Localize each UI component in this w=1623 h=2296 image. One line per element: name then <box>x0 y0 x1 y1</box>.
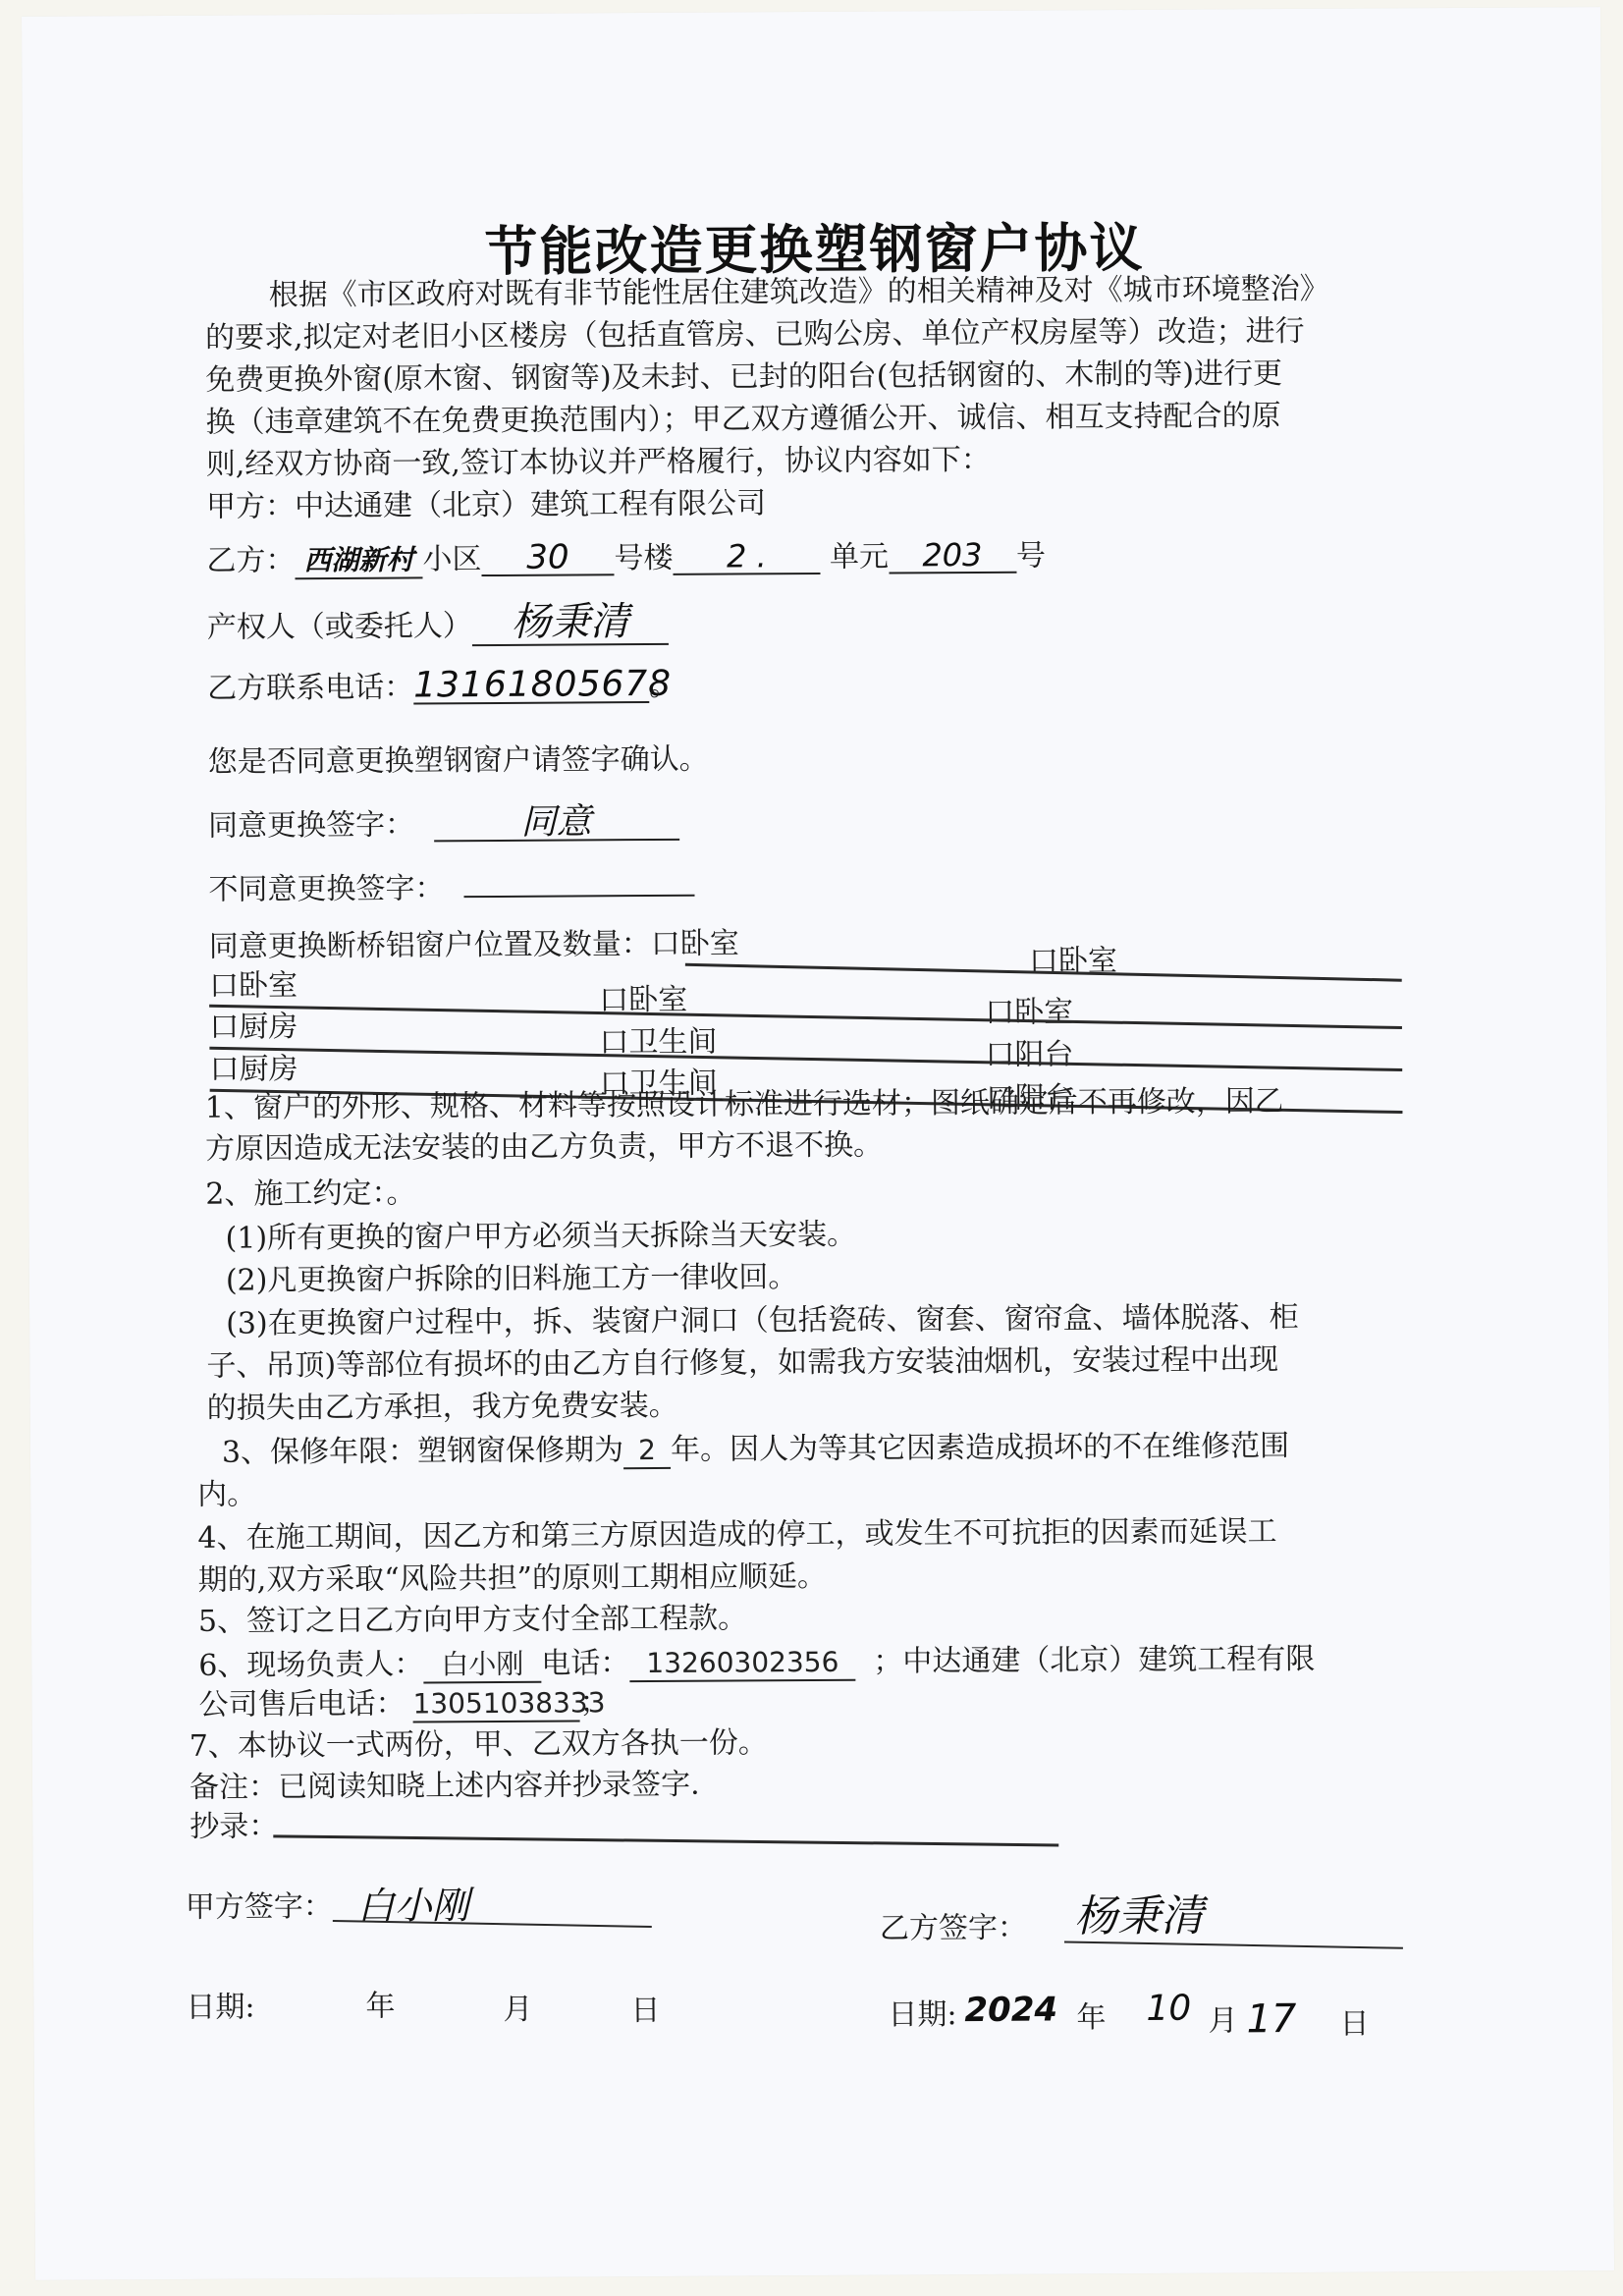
disagree-signature[interactable] <box>463 867 694 898</box>
windows-label-row: 同意更换断桥铝窗户位置及数量：口卧室 <box>209 923 739 966</box>
clause-2-item-3-line-3: 的损失由乙方承担，我方免费安装。 <box>207 1386 678 1429</box>
party-a-label: 甲方： <box>206 489 295 524</box>
owner-label: 产权人（或委托人） <box>207 609 472 645</box>
windows-label: 同意更换断桥铝窗户位置及数量： <box>209 927 651 964</box>
window-option[interactable]: 口卧室 <box>209 965 298 1007</box>
intro-line-4: 换（违章建筑不在免费更换范围内）；甲乙双方遵循公开、诚信、相互支持配合的原 <box>205 396 1280 443</box>
clause-3-line-2: 内。 <box>197 1474 256 1514</box>
agree-row: 同意更换签字： 同意 <box>208 803 679 847</box>
window-option[interactable]: 口阳台 <box>985 1034 1073 1075</box>
party-b-sign-line <box>1064 1941 1403 1948</box>
window-option[interactable]: 口卧室 <box>1029 941 1117 982</box>
building-field[interactable]: 30 <box>481 540 614 576</box>
phone-label: 乙方联系电话： <box>207 670 413 705</box>
copy-label: 抄录： <box>189 1806 278 1847</box>
community-suffix: 小区 <box>422 542 481 576</box>
party-b-month-unit: 月 <box>1208 2000 1237 2041</box>
warranty-years-field[interactable]: 2 <box>623 1434 671 1469</box>
party-b-sign-label: 乙方签字： <box>880 1908 1027 1949</box>
clause-3-prefix: 3、保修年限：塑钢窗保修期为 <box>222 1433 623 1469</box>
note: 备注：已阅读知晓上述内容并抄录签字. <box>189 1765 700 1808</box>
phone-suffix: 。 <box>649 669 678 703</box>
unit-field[interactable]: 2 . <box>673 539 820 575</box>
agreement-page: 节能改造更换塑钢窗户协议 根据《市区政府对既有非节能性居住建筑改造》的相关精神及… <box>22 7 1614 2280</box>
clause-4-line-1: 4、在施工期间，因乙方和第三方原因造成的停工，或发生不可抗拒的因素而延误工 <box>197 1511 1276 1558</box>
clause-5: 5、签订之日乙方向甲方支付全部工程款。 <box>198 1598 747 1641</box>
party-b-label: 乙方： <box>206 543 295 578</box>
intro-line-5: 则,经双方协商一致,签订本协议并严格履行，协议内容如下： <box>206 440 991 485</box>
party-b-date-label: 日期: <box>888 1995 956 2035</box>
site-manager-field[interactable]: 白小刚 <box>423 1648 541 1684</box>
clause-4-line-2: 期的,双方采取“风险共担”的原则工期相应顺延。 <box>198 1557 827 1601</box>
disagree-row: 不同意更换签字： <box>208 867 694 910</box>
disagree-label: 不同意更换签字： <box>208 871 444 906</box>
window-option[interactable]: 口卧室 <box>651 926 739 961</box>
party-a-sign-label: 甲方签字： <box>186 1886 333 1928</box>
party-b-row: 乙方：西湖新村小区30号楼2 . 单元203号 <box>206 536 1046 581</box>
clause-3-line-1: 3、保修年限：塑钢窗保修期为2年。因人为等其它因素造成损坏的不在维修范围 <box>222 1426 1289 1473</box>
party-b-day[interactable]: 17 <box>1246 1996 1296 2042</box>
party-a-row: 甲方：中达通建（北京）建筑工程有限公司 <box>206 483 766 526</box>
party-a-year-unit: 年 <box>365 1987 395 2027</box>
party-a-date-label: 日期: <box>186 1987 254 2027</box>
clause-3-suffix: 年。因人为等其它因素造成损坏的不在维修范围 <box>671 1429 1289 1467</box>
room-field[interactable]: 203 <box>889 538 1016 574</box>
phone-row: 乙方联系电话：13161805678。 <box>207 666 678 709</box>
clause-2-item-1: (1)所有更换的窗户甲方必须当天拆除当天安装。 <box>225 1215 856 1259</box>
window-option[interactable]: 口卧室 <box>985 992 1073 1033</box>
party-b-signature[interactable]: 杨秉清 <box>1074 1881 1204 1944</box>
manager-phone-field[interactable]: 13260302356 <box>629 1646 855 1682</box>
clause-6-company: ；中达通建（北京）建筑工程有限 <box>873 1642 1315 1679</box>
clause-1-line-1: 1、窗户的外形、规格、材料等按照设计标准进行选材；图纸确定后不再修改，因乙 <box>205 1081 1284 1128</box>
clause-2-title: 2、施工约定：。 <box>205 1173 415 1214</box>
consent-question: 您是否同意更换塑钢窗户请签字确认。 <box>208 739 709 783</box>
agree-signature[interactable]: 同意 <box>433 805 678 843</box>
clause-1-line-2: 方原因造成无法安装的由乙方负责，甲方不退不换。 <box>205 1125 883 1170</box>
clause-6-end: ； <box>579 1685 609 1720</box>
phone-field[interactable]: 13161805678 <box>413 668 649 704</box>
intro-line-1: 根据《市区政府对既有非节能性居住建筑改造》的相关精神及对《城市环境整治》 <box>269 269 1329 316</box>
manager-phone-label: 电话： <box>541 1646 629 1681</box>
clause-2-item-2: (2)凡更换窗户拆除的旧料施工方一律收回。 <box>226 1257 798 1301</box>
community-field[interactable]: 西湖新村 <box>295 543 422 579</box>
room-suffix: 号 <box>1016 539 1046 574</box>
window-option[interactable]: 口厨房 <box>209 1049 298 1090</box>
copy-field[interactable] <box>273 1834 1058 1846</box>
clause-6-line-2: 公司售后电话：13051038333； <box>198 1682 609 1725</box>
party-b-day-unit: 日 <box>1339 2004 1369 2045</box>
party-b-year-unit: 年 <box>1076 1997 1106 2038</box>
intro-line-3: 免费更换外窗(原木窗、钢窗等)及未封、已封的阳台(包括钢窗的、木制的等)进行更 <box>205 354 1282 401</box>
intro-line-2: 的要求,拟定对老旧小区楼房（包括直管房、已购公房、单位产权房屋等）改造；进行 <box>205 311 1305 358</box>
unit-suffix: 单元 <box>830 540 889 574</box>
building-suffix: 号楼 <box>614 541 673 575</box>
divider-line <box>209 1005 1402 1029</box>
clause-7: 7、本协议一式两份，甲、乙双方各执一份。 <box>189 1722 768 1767</box>
party-b-month[interactable]: 10 <box>1146 1989 1191 2029</box>
agree-label: 同意更换签字： <box>208 807 414 843</box>
clause-2-item-3-line-1: (3)在更换窗户过程中，拆、装窗户洞口（包括瓷砖、窗套、窗帘盒、墙体脱落、柜 <box>226 1297 1299 1344</box>
party-a-month-unit: 月 <box>503 1990 532 2030</box>
window-option[interactable]: 口厨房 <box>209 1007 298 1048</box>
aftersale-phone-field[interactable]: 13051038333 <box>412 1686 579 1722</box>
clause-6-line-1: 6、现场负责人：白小刚电话：13260302356；中达通建（北京）建筑工程有限 <box>198 1639 1315 1686</box>
party-b-year[interactable]: 2024 <box>964 1991 1057 2031</box>
owner-row: 产权人（或委托人）杨秉清 <box>207 600 669 648</box>
party-a-day-unit: 日 <box>630 1991 660 2031</box>
clause-2-item-3-line-2: 子、吊顶)等部位有损坏的由乙方自行修复，如需我方安装油烟机，安装过程中出现 <box>206 1339 1278 1387</box>
party-a-name: 中达通建（北京）建筑工程有限公司 <box>295 486 766 523</box>
aftersale-phone-label: 公司售后电话： <box>198 1687 405 1722</box>
owner-signature[interactable]: 杨秉清 <box>472 600 669 646</box>
clause-6-prefix: 6、现场负责人： <box>198 1647 423 1682</box>
divider-line <box>209 1047 1402 1071</box>
